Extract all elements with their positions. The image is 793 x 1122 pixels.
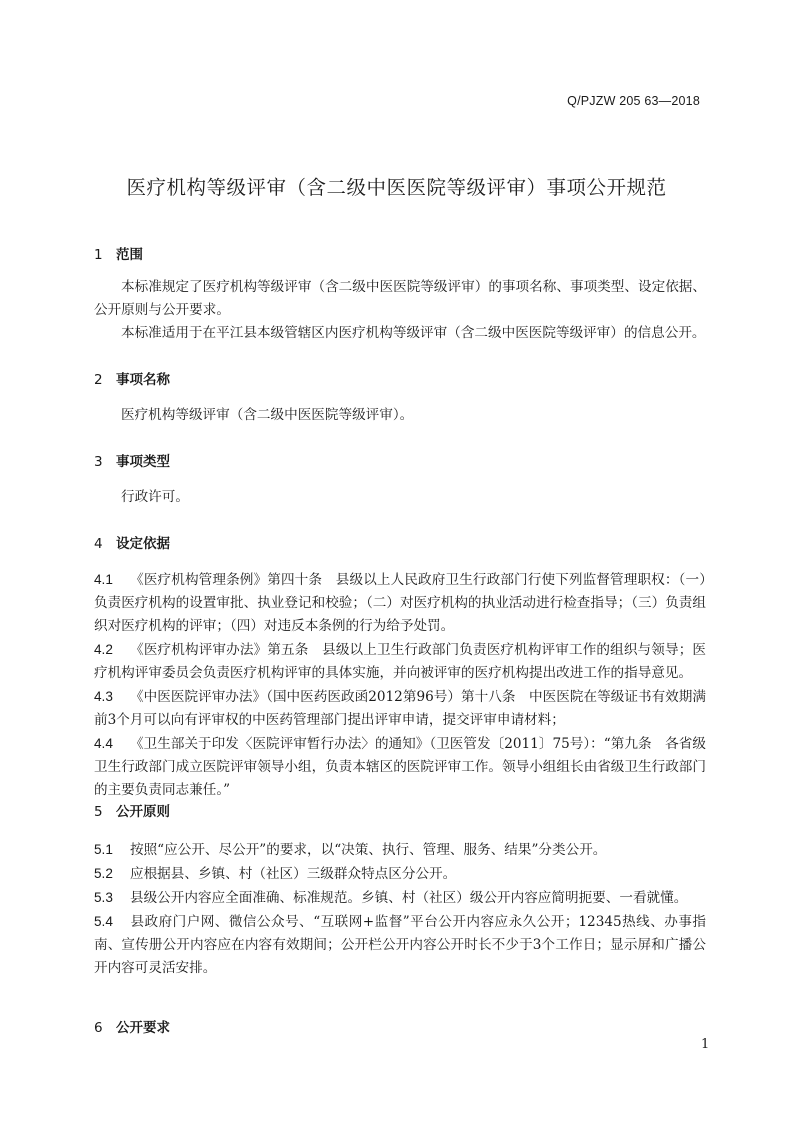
clause-number: 4.4 (94, 732, 130, 755)
section-title: 事项类型 (116, 454, 170, 470)
clause-text: 县级公开内容应全面准确、标准规范。乡镇、村（社区）级公开内容应简明扼要、一看就懂… (130, 890, 687, 906)
section-number: 1 (94, 247, 116, 263)
clause-text: 应根据县、乡镇、村（社区）三级群众特点区分公开。 (130, 866, 456, 882)
clause-number: 4.1 (94, 568, 130, 591)
clause-4-4: 4.4《卫生部关于印发〈医院评审暂行办法〉的通知》（卫医管发〔2011〕75号）… (94, 732, 706, 802)
page-title: 医疗机构等级评审（含二级中医医院等级评审）事项公开规范 (0, 172, 793, 200)
section-number: 6 (94, 1020, 116, 1036)
item-type-paragraph: 行政许可。 (94, 486, 706, 509)
clause-5-3: 5.3县级公开内容应全面准确、标准规范。乡镇、村（社区）级公开内容应简明扼要、一… (94, 886, 706, 910)
clause-text: 县政府门户网、微信公众号、“互联网+监督”平台公开内容应永久公开；12345热线… (94, 914, 706, 976)
section-heading-item-type: 3事项类型 (94, 450, 170, 470)
clause-text: 按照“应公开、尽公开”的要求，以“决策、执行、管理、服务、结果”分类公开。 (130, 842, 606, 858)
section-heading-disclosure-principles: 5公开原则 (94, 800, 170, 820)
legal-basis-clauses: 4.1《医疗机构管理条例》第四十条 县级以上人民政府卫生行政部门行使下列监督管理… (94, 568, 706, 802)
clause-text: 《中医医院评审办法》（国中医药医政函2012第96号）第十八条 中医医院在等级证… (94, 689, 706, 728)
clause-4-2: 4.2《医疗机构评审办法》第五条 县级以上卫生行政部门负责医疗机构评审工作的组织… (94, 638, 706, 685)
clause-4-3: 4.3《中医医院评审办法》（国中医药医政函2012第96号）第十八条 中医医院在… (94, 685, 706, 732)
clause-4-1: 4.1《医疗机构管理条例》第四十条 县级以上人民政府卫生行政部门行使下列监督管理… (94, 568, 706, 638)
item-name-paragraph: 医疗机构等级评审（含二级中医医院等级评审）。 (94, 404, 706, 427)
section-title: 公开原则 (116, 804, 170, 820)
section-title: 设定依据 (116, 536, 170, 552)
clause-number: 5.2 (94, 862, 130, 885)
section-title: 公开要求 (116, 1020, 170, 1036)
clause-number: 4.3 (94, 685, 130, 708)
page-number: 1 (701, 1037, 709, 1052)
disclosure-principles-clauses: 5.1按照“应公开、尽公开”的要求，以“决策、执行、管理、服务、结果”分类公开。… (94, 838, 706, 980)
clause-5-1: 5.1按照“应公开、尽公开”的要求，以“决策、执行、管理、服务、结果”分类公开。 (94, 838, 706, 862)
section-title: 事项名称 (116, 372, 170, 388)
section-number: 5 (94, 804, 116, 820)
section-heading-scope: 1范围 (94, 243, 143, 263)
clause-5-4: 5.4县政府门户网、微信公众号、“互联网+监督”平台公开内容应永久公开；1234… (94, 910, 706, 980)
section-heading-item-name: 2事项名称 (94, 368, 170, 388)
section-title: 范围 (116, 247, 143, 263)
scope-paragraph-1: 本标准规定了医疗机构等级评审（含二级中医医院等级评审）的事项名称、事项类型、设定… (94, 276, 706, 322)
section-heading-legal-basis: 4设定依据 (94, 532, 170, 552)
doc-code: Q/PJZW 205 63—2018 (567, 94, 700, 108)
section-number: 4 (94, 536, 116, 552)
clause-text: 《医疗机构管理条例》第四十条 县级以上人民政府卫生行政部门行使下列监督管理职权：… (94, 572, 706, 634)
clause-number: 5.3 (94, 886, 130, 909)
scope-paragraph-2: 本标准适用于在平江县本级管辖区内医疗机构等级评审（含二级中医医院等级评审）的信息… (94, 322, 706, 345)
clause-number: 5.4 (94, 910, 130, 933)
section-number: 3 (94, 454, 116, 470)
clause-5-2: 5.2应根据县、乡镇、村（社区）三级群众特点区分公开。 (94, 862, 706, 886)
clause-text: 《卫生部关于印发〈医院评审暂行办法〉的通知》（卫医管发〔2011〕75号）：“第… (94, 736, 706, 798)
clause-number: 5.1 (94, 838, 130, 861)
clause-number: 4.2 (94, 638, 130, 661)
section-number: 2 (94, 372, 116, 388)
section-heading-disclosure-requirements: 6公开要求 (94, 1016, 170, 1036)
clause-text: 《医疗机构评审办法》第五条 县级以上卫生行政部门负责医疗机构评审工作的组织与领导… (94, 642, 706, 681)
